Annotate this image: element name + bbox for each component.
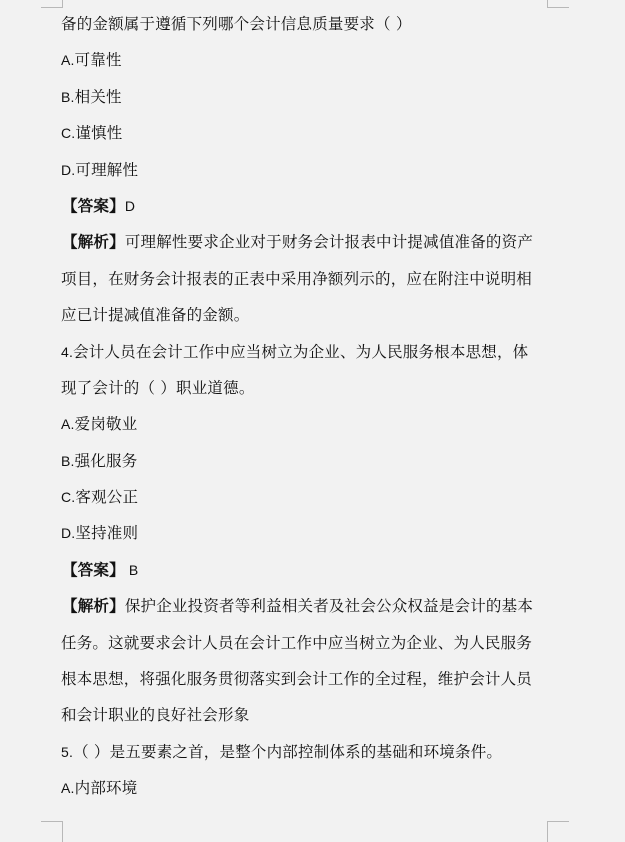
analysis-text: 和会计职业的良好社会形象 (61, 706, 249, 724)
option-label: A. (61, 52, 75, 68)
q3-option-a: A.可靠性 (61, 48, 551, 84)
document-page: 备的金额属于遵循下列哪个会计信息质量要求（ ） A.可靠性 B.相关性 C.谨慎… (0, 0, 625, 842)
question-number: 4. (61, 344, 73, 360)
option-label: D. (61, 162, 75, 178)
analysis-text: 可理解性要求企业对于财务会计报表中计提减值准备的资产 (125, 233, 533, 251)
option-text: 客观公正 (75, 488, 138, 506)
answer-value: B (125, 562, 139, 578)
question-text: 现了会计的（ ）职业道德。 (61, 379, 255, 397)
option-label: B. (61, 89, 75, 105)
question-text: 会计人员在会计工作中应当树立为企业、为人民服务根本思想，体 (73, 343, 528, 361)
answer-tag: 【答案】 (62, 561, 125, 579)
q3-analysis: 【解析】可理解性要求企业对于财务会计报表中计提减值准备的资产 (61, 230, 551, 266)
line-text: 备的金额属于遵循下列哪个会计信息质量要求（ ） (61, 15, 412, 33)
q3-analysis-continuation: 项目，在财务会计报表的正表中采用净额列示的，应在附注中说明相 (61, 267, 551, 303)
option-text: 谨慎性 (75, 124, 122, 142)
option-text: 可靠性 (75, 51, 122, 69)
margin-corner-top-left (41, 0, 63, 8)
q5-option-a: A.内部环境 (61, 776, 551, 812)
option-label: D. (61, 525, 75, 541)
option-text: 爱岗敬业 (75, 415, 138, 433)
option-label: C. (61, 489, 75, 505)
option-text: 可理解性 (75, 161, 138, 179)
q4-answer: 【答案】 B (61, 558, 551, 594)
option-text: 强化服务 (75, 452, 138, 470)
q3-option-c: C.谨慎性 (61, 121, 551, 157)
q4-analysis-continuation: 根本思想，将强化服务贯彻落实到会计工作的全过程，维护会计人员 (61, 667, 551, 703)
q4-analysis-continuation: 和会计职业的良好社会形象 (61, 703, 551, 739)
answer-tag: 【答案】 (62, 197, 125, 215)
analysis-text: 项目，在财务会计报表的正表中采用净额列示的，应在附注中说明相 (61, 270, 532, 288)
question-3-text-continuation: 备的金额属于遵循下列哪个会计信息质量要求（ ） (61, 12, 551, 48)
option-text: 内部环境 (75, 779, 138, 797)
analysis-text: 任务。这就要求会计人员在会计工作中应当树立为企业、为人民服务 (61, 634, 532, 652)
margin-corner-top-right (547, 0, 569, 8)
answer-value: D (125, 198, 135, 214)
analysis-text: 应已计提减值准备的金额。 (61, 306, 249, 324)
question-4-continuation: 现了会计的（ ）职业道德。 (61, 376, 551, 412)
option-label: C. (61, 125, 75, 141)
margin-corner-bottom-left (41, 821, 63, 842)
q4-option-a: A.爱岗敬业 (61, 412, 551, 448)
document-body: 备的金额属于遵循下列哪个会计信息质量要求（ ） A.可靠性 B.相关性 C.谨慎… (61, 12, 551, 813)
q3-answer: 【答案】D (61, 194, 551, 230)
option-label: A. (61, 780, 75, 796)
question-number: 5. (61, 744, 73, 760)
analysis-text: 根本思想，将强化服务贯彻落实到会计工作的全过程，维护会计人员 (61, 670, 532, 688)
question-4: 4.会计人员在会计工作中应当树立为企业、为人民服务根本思想，体 (61, 340, 551, 376)
analysis-tag: 【解析】 (62, 233, 125, 251)
q4-analysis-continuation: 任务。这就要求会计人员在会计工作中应当树立为企业、为人民服务 (61, 631, 551, 667)
margin-corner-bottom-right (547, 821, 569, 842)
question-5: 5.（ ）是五要素之首，是整个内部控制体系的基础和环境条件。 (61, 740, 551, 776)
question-text: （ ）是五要素之首，是整个内部控制体系的基础和环境条件。 (73, 743, 502, 761)
option-text: 坚持准则 (75, 524, 138, 542)
option-label: B. (61, 453, 75, 469)
option-label: A. (61, 416, 75, 432)
q3-option-d: D.可理解性 (61, 158, 551, 194)
q4-option-d: D.坚持准则 (61, 521, 551, 557)
analysis-text: 保护企业投资者等利益相关者及社会公众权益是会计的基本 (125, 597, 533, 615)
option-text: 相关性 (75, 88, 122, 106)
q3-analysis-continuation: 应已计提减值准备的金额。 (61, 303, 551, 339)
analysis-tag: 【解析】 (62, 597, 125, 615)
q4-option-c: C.客观公正 (61, 485, 551, 521)
q4-analysis: 【解析】保护企业投资者等利益相关者及社会公众权益是会计的基本 (61, 594, 551, 630)
q3-option-b: B.相关性 (61, 85, 551, 121)
q4-option-b: B.强化服务 (61, 449, 551, 485)
